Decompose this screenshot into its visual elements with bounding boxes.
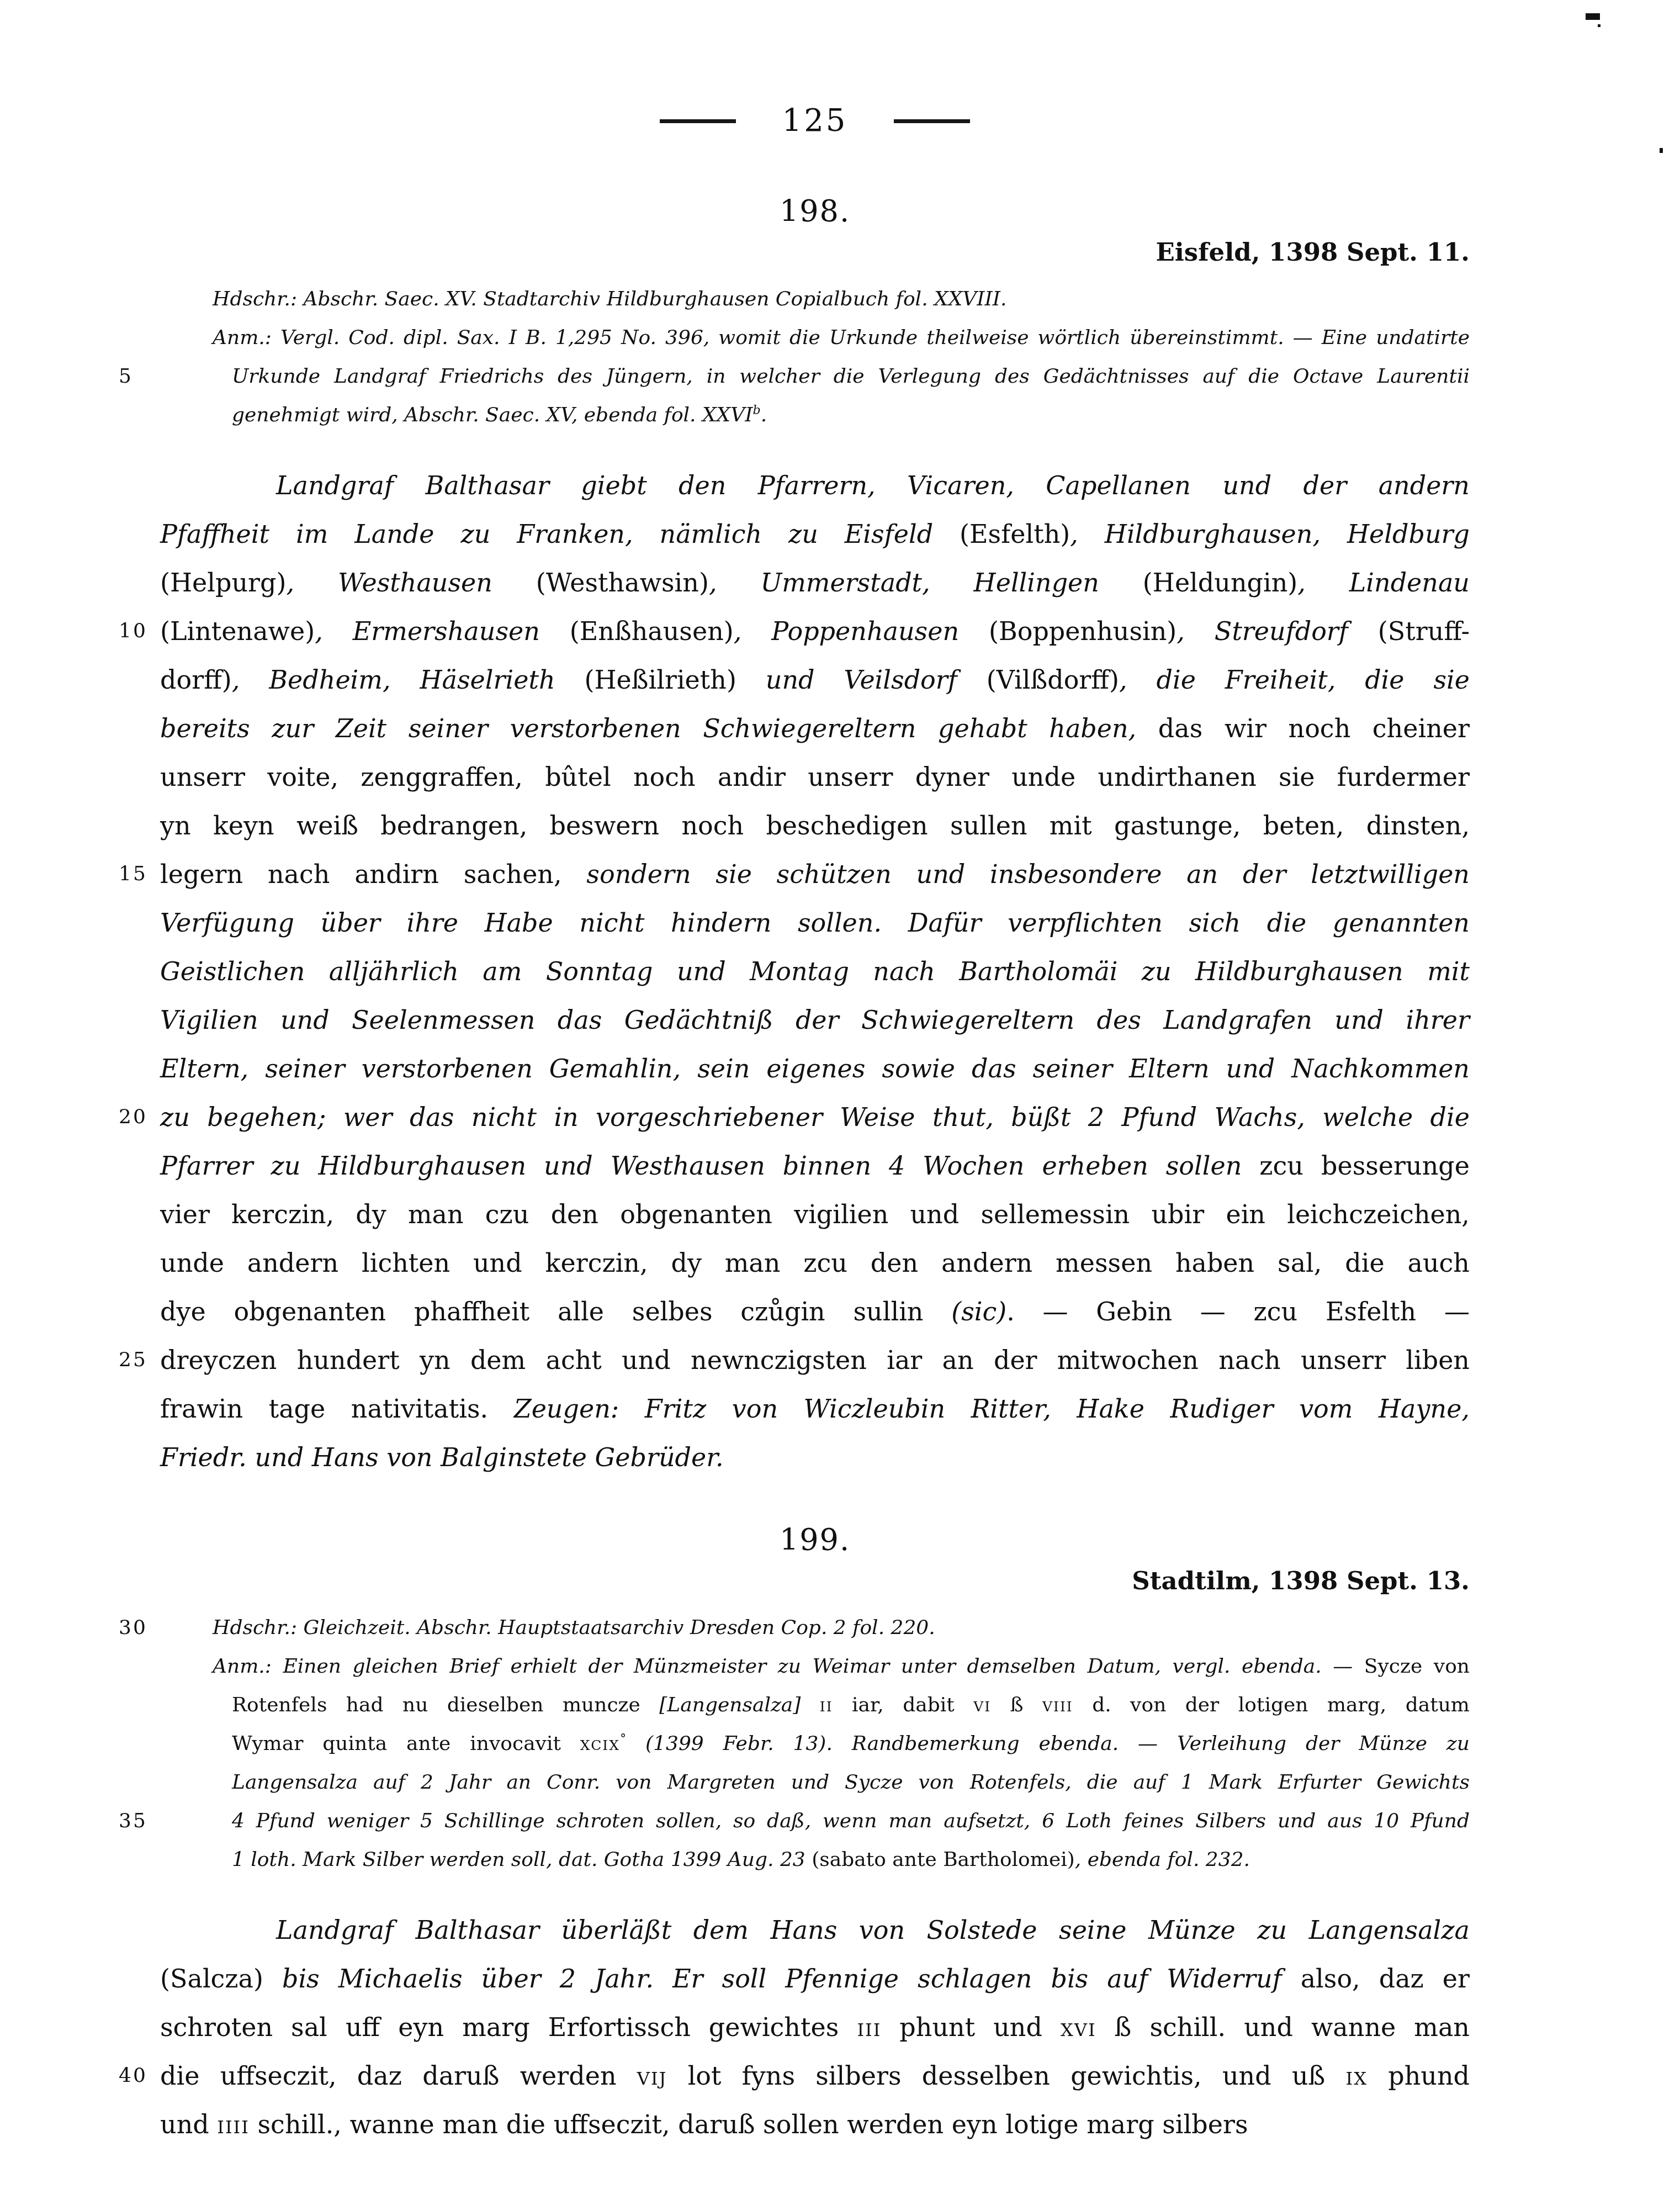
text-line: Anm.: Einen gleichen Brief erhielt der M…	[160, 1647, 1470, 1686]
text-line: Langensalza auf 2 Jahr an Conr. von Marg…	[160, 1763, 1470, 1802]
text-line: unde andern lichten und kerczin, dy man …	[160, 1239, 1470, 1287]
text-segment: bereits zur Zeit seiner verstorbenen Sch…	[160, 713, 1136, 743]
text-segment: (1399 Febr. 13). Randbemerkung ebenda. —…	[645, 1732, 1470, 1755]
text-line: 15legern nach andirn sachen, sondern sie…	[160, 850, 1470, 898]
scan-speck	[1598, 24, 1600, 27]
text-segment: bis Michaelis über 2 Jahr. Er soll Pfenn…	[263, 1964, 1282, 1994]
text-segment: zu begehen; wer das nicht in vorgeschrie…	[160, 1102, 1470, 1132]
text-segment: phund	[1368, 2061, 1470, 2091]
right-rule	[894, 119, 970, 123]
text-segment: , Hildburghausen, Heldburg	[1070, 519, 1470, 549]
text-segment: .	[761, 404, 767, 426]
text-line: 10(Lintenawe), Ermershausen (Enßhausen),…	[160, 607, 1470, 655]
text-segment: unserr voite, zenggraffen, bûtel noch an…	[160, 762, 1470, 792]
text-segment: Eltern, seiner verstorbenen Gemahlin, se…	[160, 1054, 1470, 1083]
text-segment: Hdschr.: Abschr. Saec. XV. Stadtarchiv H…	[213, 288, 1006, 310]
scanned-page: 125 198.Eisfeld, 1398 Sept. 11.Hdschr.: …	[0, 0, 1680, 2189]
text-line: vier kerczin, dy man czu den obgenanten …	[160, 1190, 1470, 1239]
margin-line-number: 25	[119, 1336, 147, 1384]
text-segment: schroten sal uff eyn marg Erfortissch ge…	[160, 2012, 857, 2042]
text-segment: Landgraf Balthasar giebt den Pfarrern, V…	[276, 470, 1470, 500]
text-line: genehmigt wird, Abschr. Saec. XV, ebenda…	[160, 396, 1470, 435]
text-segment: Hdschr.: Gleichzeit. Abschr. Hauptstaats…	[213, 1616, 935, 1639]
text-segment: (Esfelth)	[960, 519, 1070, 549]
margin-line-number: 15	[119, 850, 147, 898]
text-segment: Pfarrer zu Hildburghausen und Westhausen…	[160, 1151, 1242, 1181]
margin-line-number: 5	[119, 357, 133, 396]
text-line: Rotenfels had nu dieselben muncze [Lange…	[160, 1686, 1470, 1725]
text-line: dorff), Bedheim, Häselrieth (Heßilrieth)…	[160, 655, 1470, 704]
text-segment: vij	[637, 2061, 667, 2091]
text-segment: phunt und	[881, 2012, 1061, 2042]
text-segment: sondern sie schützen und insbesondere an…	[586, 859, 1470, 889]
text-line: Friedr. und Hans von Balginstete Gebrüde…	[160, 1433, 1470, 1482]
text-column: 125 198.Eisfeld, 1398 Sept. 11.Hdschr.: …	[160, 0, 1470, 2149]
text-segment: , Bedheim, Häselrieth	[232, 665, 585, 695]
text-segment: , Ermershausen	[315, 616, 570, 646]
text-segment: schill., wanne man die uffseczit, daruß …	[250, 2109, 1248, 2139]
text-segment: ß	[991, 1694, 1042, 1716]
text-segment: also, daz er	[1282, 1964, 1470, 1994]
text-line: (Helpurg), Westhausen (Westhawsin), Umme…	[160, 558, 1470, 607]
text-line: 40die uffseczit, daz daruß werden vij lo…	[160, 2051, 1470, 2100]
text-segment: xcix	[580, 1732, 620, 1755]
dateline: Eisfeld, 1398 Sept. 11.	[160, 237, 1470, 267]
text-segment: 4 Pfund weniger 5 Schillinge schroten so…	[232, 1810, 1470, 1832]
text-segment: , die Freiheit, die sie	[1119, 665, 1470, 695]
text-segment: dye obgenanten phaffheit alle selbes czů…	[160, 1297, 951, 1326]
text-line: yn keyn weiß bedrangen, beswern noch bes…	[160, 801, 1470, 850]
text-segment: das wir noch cheiner	[1136, 713, 1470, 743]
text-segment: genehmigt wird, Abschr. Saec. XV, ebenda…	[232, 404, 752, 426]
text-line: und iiii schill., wanne man die uffseczi…	[160, 2100, 1470, 2149]
text-line: frawin tage nativitatis. Zeugen: Fritz v…	[160, 1384, 1470, 1433]
text-segment: , Streufdorf	[1176, 616, 1378, 646]
text-segment: viii	[1042, 1694, 1073, 1716]
text-segment: Friedr. und Hans von Balginstete Gebrüde…	[160, 1442, 724, 1472]
entry-199: 199.Stadtilm, 1398 Sept. 13.30Hdschr.: G…	[160, 1522, 1470, 2149]
text-line: 30Hdschr.: Gleichzeit. Abschr. Hauptstaa…	[160, 1609, 1470, 1647]
annotation-note: Anm.: Vergl. Cod. dipl. Sax. I B. 1,295 …	[160, 319, 1470, 435]
text-segment: Urkunde Landgraf Friedrichs des Jüngern,…	[232, 365, 1470, 388]
left-rule	[660, 119, 736, 123]
text-line: 5Urkunde Landgraf Friedrichs des Jüngern…	[160, 357, 1470, 396]
annotation-note: Anm.: Einen gleichen Brief erhielt der M…	[160, 1647, 1470, 1879]
text-segment: iii	[857, 2012, 881, 2042]
text-segment: (sic)	[951, 1297, 1006, 1326]
text-segment: Sycze von	[1364, 1655, 1470, 1678]
text-segment: (Helpurg)	[160, 568, 286, 598]
text-segment: die uffseczit, daz daruß werden	[160, 2061, 637, 2091]
text-segment: , Westhausen	[286, 568, 536, 598]
text-segment: ii	[820, 1694, 833, 1716]
text-segment	[626, 1732, 645, 1755]
text-segment: , Poppenhausen	[734, 616, 989, 646]
text-line: Wymar quinta ante invocavit xcix° (1399 …	[160, 1725, 1470, 1763]
text-line: Hdschr.: Abschr. Saec. XV. Stadtarchiv H…	[160, 280, 1470, 319]
text-line: unserr voite, zenggraffen, bûtel noch an…	[160, 753, 1470, 801]
text-line: Eltern, seiner verstorbenen Gemahlin, se…	[160, 1044, 1470, 1093]
text-segment: , Lindenau	[1297, 568, 1470, 598]
scan-speck	[1586, 13, 1600, 20]
scan-speck	[1660, 148, 1663, 153]
text-segment: iar, dabit	[833, 1694, 974, 1716]
entry-body: Landgraf Balthasar überläßt dem Hans von…	[160, 1906, 1470, 2149]
text-segment: d. von der lotigen marg, datum	[1073, 1694, 1470, 1716]
text-segment: iiii	[217, 2109, 250, 2139]
text-segment: , Ummerstadt, Hellingen	[709, 568, 1143, 598]
text-segment: xvi	[1061, 2012, 1096, 2042]
text-segment: Pfaffheit im Lande zu Franken, nämlich z…	[160, 519, 960, 549]
text-segment: °	[620, 1732, 626, 1746]
text-segment: b	[752, 403, 760, 417]
text-segment: Geistlichen alljährlich am Sonntag und M…	[160, 956, 1470, 986]
text-line: 20zu begehen; wer das nicht in vorgeschr…	[160, 1093, 1470, 1141]
text-line: Landgraf Balthasar überläßt dem Hans von…	[160, 1906, 1470, 1954]
text-segment: . — Gebin — zcu Esfelth —	[1006, 1297, 1470, 1326]
text-segment: Landgraf Balthasar überläßt dem Hans von…	[276, 1915, 1470, 1945]
entry-body: Landgraf Balthasar giebt den Pfarrern, V…	[160, 461, 1470, 1482]
text-segment: Langensalza auf 2 Jahr an Conr. von Marg…	[232, 1771, 1470, 1794]
text-segment: Anm.: Vergl. Cod. dipl. Sax. I B. 1,295 …	[213, 326, 1470, 349]
text-line: Pfaffheit im Lande zu Franken, nämlich z…	[160, 510, 1470, 558]
source-note: Hdschr.: Abschr. Saec. XV. Stadtarchiv H…	[160, 280, 1470, 319]
text-segment: frawin tage nativitatis.	[160, 1394, 514, 1424]
text-segment: und Veilsdorf	[736, 665, 987, 695]
entry-number-heading: 198.	[160, 194, 1470, 229]
text-segment: (Heldungin)	[1143, 568, 1297, 598]
text-segment: (sabato ante Bartholomei)	[812, 1848, 1075, 1871]
source-note: 30Hdschr.: Gleichzeit. Abschr. Hauptstaa…	[160, 1609, 1470, 1647]
margin-line-number: 30	[119, 1609, 147, 1647]
text-line: (Salcza) bis Michaelis über 2 Jahr. Er s…	[160, 1954, 1470, 2003]
text-line: dye obgenanten phaffheit alle selbes czů…	[160, 1287, 1470, 1336]
text-segment: zcu besserunge	[1242, 1151, 1470, 1181]
text-segment	[801, 1694, 819, 1716]
margin-line-number: 35	[119, 1802, 147, 1841]
text-segment: legern nach andirn sachen,	[160, 859, 586, 889]
margin-line-number: 10	[119, 607, 147, 655]
text-segment: Wymar quinta ante invocavit	[232, 1732, 580, 1755]
text-line: 354 Pfund weniger 5 Schillinge schroten …	[160, 1802, 1470, 1841]
text-segment: ß schill. und wanne man	[1096, 2012, 1470, 2042]
text-segment: (Salcza)	[160, 1964, 263, 1994]
text-segment: vier kerczin, dy man czu den obgenanten …	[160, 1199, 1470, 1229]
entry-198: 198.Eisfeld, 1398 Sept. 11.Hdschr.: Absc…	[160, 194, 1470, 1482]
text-segment: dreyczen hundert yn dem acht und newnczi…	[160, 1345, 1470, 1375]
text-segment: (Boppenhusin)	[989, 616, 1176, 646]
text-segment: Anm.: Einen gleichen Brief erhielt der M…	[213, 1655, 1364, 1678]
text-segment: Verfügung über ihre Habe nicht hindern s…	[160, 908, 1470, 938]
text-line: Geistlichen alljährlich am Sonntag und M…	[160, 947, 1470, 996]
text-segment: Vigilien und Seelenmessen das Gedächtniß…	[160, 1005, 1470, 1035]
entry-number-heading: 199.	[160, 1522, 1470, 1557]
text-line: Vigilien und Seelenmessen das Gedächtniß…	[160, 996, 1470, 1044]
text-segment: (Enßhausen)	[570, 616, 734, 646]
text-segment: 1 loth. Mark Silber werden soll, dat. Go…	[232, 1848, 812, 1871]
text-segment: (Lintenawe)	[160, 616, 315, 646]
text-segment: (Westhawsin)	[536, 568, 709, 598]
entries-container: 198.Eisfeld, 1398 Sept. 11.Hdschr.: Absc…	[160, 194, 1470, 2149]
text-segment: lot fyns silbers desselben gewichtis, un…	[667, 2061, 1345, 2091]
text-segment: (Vilßdorff)	[987, 665, 1119, 695]
text-line: 25dreyczen hundert yn dem acht und newnc…	[160, 1336, 1470, 1384]
page-number: 125	[782, 103, 848, 139]
text-segment: [Langensalza]	[659, 1694, 801, 1716]
text-segment: Zeugen: Fritz von Wiczleubin Ritter, Hak…	[514, 1394, 1470, 1424]
text-segment: , ebenda fol. 232.	[1075, 1848, 1250, 1871]
page-header: 125	[160, 0, 1470, 139]
text-line: Verfügung über ihre Habe nicht hindern s…	[160, 898, 1470, 947]
text-line: Landgraf Balthasar giebt den Pfarrern, V…	[160, 461, 1470, 510]
text-segment: (Struff-	[1378, 616, 1470, 646]
text-line: bereits zur Zeit seiner verstorbenen Sch…	[160, 704, 1470, 753]
text-segment: unde andern lichten und kerczin, dy man …	[160, 1248, 1470, 1278]
text-segment: und	[160, 2109, 217, 2139]
text-segment: (Heßilrieth)	[584, 665, 736, 695]
text-segment: dorff)	[160, 665, 232, 695]
margin-line-number: 20	[119, 1093, 147, 1141]
text-line: schroten sal uff eyn marg Erfortissch ge…	[160, 2003, 1470, 2051]
text-line: Anm.: Vergl. Cod. dipl. Sax. I B. 1,295 …	[160, 319, 1470, 357]
dateline: Stadtilm, 1398 Sept. 13.	[160, 1566, 1470, 1595]
margin-line-number: 40	[119, 2051, 147, 2100]
text-segment: Rotenfels had nu dieselben muncze	[232, 1694, 659, 1716]
text-segment: vi	[973, 1694, 991, 1716]
text-line: Pfarrer zu Hildburghausen und Westhausen…	[160, 1141, 1470, 1190]
text-segment: ix	[1346, 2061, 1368, 2091]
text-segment: yn keyn weiß bedrangen, beswern noch bes…	[160, 811, 1470, 840]
text-line: 1 loth. Mark Silber werden soll, dat. Go…	[160, 1841, 1470, 1879]
